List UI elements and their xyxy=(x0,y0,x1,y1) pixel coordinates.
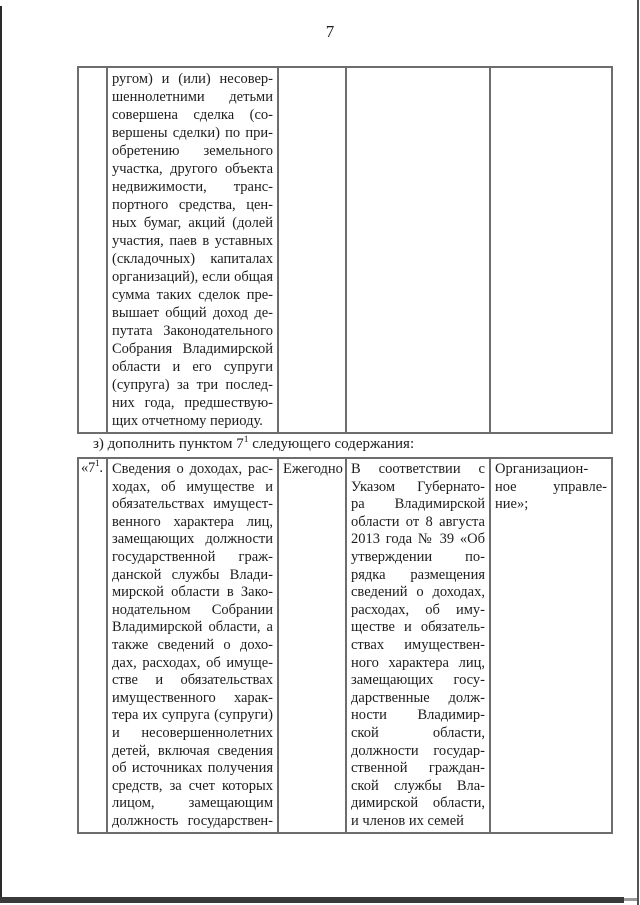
text-line: сумма таких сделок пре- xyxy=(112,286,273,304)
text-line: (складочных) капиталах xyxy=(112,250,273,268)
text-line: В соответствии с xyxy=(351,461,485,479)
text-line: совершена сделка (со- xyxy=(112,106,273,124)
text-line: тера их супруга (супруги) xyxy=(112,707,273,725)
table1-cell-content: ругом) и (или) несовер-шеннолетними деть… xyxy=(107,67,278,433)
text-line: стве и обязательствах xyxy=(112,672,273,690)
text-line: Собрания Владимирской xyxy=(112,340,273,358)
item-number-suffix: . xyxy=(99,460,102,476)
amendment-clause-text-after: следующего содержания: xyxy=(249,436,415,452)
table-continued-row: ругом) и (или) несовер-шеннолетними деть… xyxy=(77,66,613,434)
text-line: ходах, об имуществе и xyxy=(112,479,273,497)
text-line: имущественного харак- xyxy=(112,690,273,708)
text-line: ных бумаг, акций (долей xyxy=(112,214,273,232)
amendment-clause: з) дополнить пунктом 71 следующего содер… xyxy=(93,436,414,453)
text-line: обретению земельного xyxy=(112,142,273,160)
text-line: димирской области, xyxy=(351,795,485,813)
text-line: ние»; xyxy=(495,496,607,514)
text-line: ного характера лиц, xyxy=(351,655,485,673)
text-line: недвижимости, транс- xyxy=(112,178,273,196)
item-number: «7 xyxy=(81,460,95,476)
text-line: дах, расходах, об имуще- xyxy=(112,655,273,673)
text-line: средств, за счет которых xyxy=(112,778,273,796)
table1-cell-responsible xyxy=(490,67,612,433)
table-new-item-7-1: «71. Сведения о доходах, рас-ходах, об и… xyxy=(77,457,613,834)
text-line: и членов их семей xyxy=(351,813,485,831)
text-line: области от 8 августа xyxy=(351,514,485,532)
text-line: ности Владимир- xyxy=(351,707,485,725)
text-line: ра Владимирской xyxy=(351,496,485,514)
text-line: и несовершеннолетних xyxy=(112,725,273,743)
text-line: участия, паев в уставных xyxy=(112,232,273,250)
text-line: них года, предшествую- xyxy=(112,394,273,412)
text-line: расходах, об иму- xyxy=(351,602,485,620)
text-line: об источниках получения xyxy=(112,760,273,778)
text-line: путата Законодательного xyxy=(112,322,273,340)
text-line: рядка размещения xyxy=(351,567,485,585)
text-line: должности государ- xyxy=(351,743,485,761)
text-line: ской службы Вла- xyxy=(351,778,485,796)
text-line: 2013 года № 39 «Об xyxy=(351,531,485,549)
table2-cell-periodicity: Ежегодно xyxy=(278,458,346,833)
table-row: ругом) и (или) несовер-шеннолетними деть… xyxy=(78,67,612,433)
text-line: мирской области в Зако- xyxy=(112,584,273,602)
table1-cell-basis xyxy=(346,67,490,433)
text-line: вышает общий доход де- xyxy=(112,304,273,322)
table-row: «71. Сведения о доходах, рас-ходах, об и… xyxy=(78,458,612,833)
scan-edge-left xyxy=(0,6,2,897)
text-line: утверждении по- xyxy=(351,549,485,567)
table2-cell-content: Сведения о доходах, рас-ходах, об имущес… xyxy=(107,458,278,833)
table2-cell-responsible: Организацион-ное управле-ние»; xyxy=(490,458,612,833)
text-line: организаций), если общая xyxy=(112,268,273,286)
scanned-document-page: 7 ругом) и (или) несовер-шеннолетними де… xyxy=(0,0,640,905)
text-line: вершены сделки) по при- xyxy=(112,124,273,142)
text-line: также сведений о дохо- xyxy=(112,637,273,655)
text-line: сведений о доходах, xyxy=(351,584,485,602)
text-line: (супруга) за три послед- xyxy=(112,376,273,394)
text-line: Владимирской области, а xyxy=(112,619,273,637)
text-line: ственной граждан- xyxy=(351,760,485,778)
table2-cell-number: «71. xyxy=(78,458,107,833)
scan-edge-bottom-tail xyxy=(624,898,637,901)
text-line: должность государствен- xyxy=(112,813,273,831)
text-line: ругом) и (или) несовер- xyxy=(112,70,273,88)
text-line: лицом, замещающим xyxy=(112,795,273,813)
text-line: ное управле- xyxy=(495,479,607,497)
text-line: дарственные долж- xyxy=(351,690,485,708)
text-line: области и его супруги xyxy=(112,358,273,376)
scan-edge-bottom xyxy=(0,897,624,903)
text-line: Организацион- xyxy=(495,461,607,479)
text-line: данской службы Влади- xyxy=(112,567,273,585)
text-line: детей, включая сведения xyxy=(112,743,273,761)
text-line: ствах имуществен- xyxy=(351,637,485,655)
text-line: замещающих должности xyxy=(112,531,273,549)
table1-cell-number xyxy=(78,67,107,433)
text-line: щих отчетному периоду. xyxy=(112,412,273,430)
text-line: Сведения о доходах, рас- xyxy=(112,461,273,479)
text-line: Указом Губернато- xyxy=(351,479,485,497)
table1-cell-periodicity xyxy=(278,67,346,433)
text-line: замещающих госу- xyxy=(351,672,485,690)
amendment-clause-text: з) дополнить пунктом 7 xyxy=(93,436,244,452)
text-line: венного характера лиц, xyxy=(112,514,273,532)
text-line: государственной граж- xyxy=(112,549,273,567)
text-line: обязательствах имущест- xyxy=(112,496,273,514)
page-number: 7 xyxy=(300,22,360,42)
text-line: нодательном Собрании xyxy=(112,602,273,620)
text-line: портного средства, цен- xyxy=(112,196,273,214)
table2-cell-basis: В соответствии сУказом Губернато-ра Влад… xyxy=(346,458,490,833)
text-line: ской области, xyxy=(351,725,485,743)
text-line: участка, другого объекта xyxy=(112,160,273,178)
text-line: шеннолетними детьми xyxy=(112,88,273,106)
text-line: ществе и обязатель- xyxy=(351,619,485,637)
scan-edge-right xyxy=(637,0,639,905)
